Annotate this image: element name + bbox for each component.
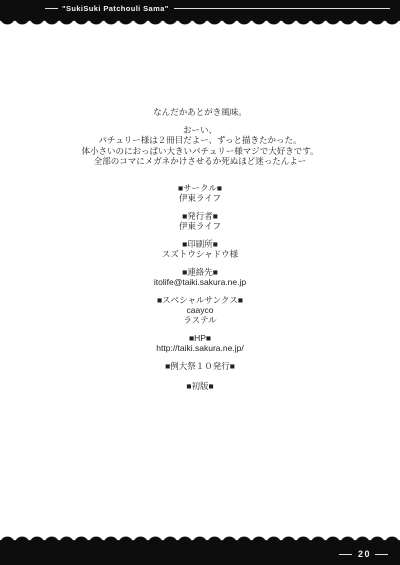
section-value: http://taiki.sakura.ne.jp/ <box>0 343 400 353</box>
section-label: ■スペシャルサンクス■ <box>0 295 400 305</box>
section-value: ラステル <box>0 315 400 325</box>
section-label: ■サークル■ <box>0 183 400 193</box>
afterword-line: パチュリー様は２冊目だよー、ずっと描きたかった。 <box>0 135 400 146</box>
afterword-line: おーい、 <box>0 125 400 136</box>
lace-border-top <box>0 17 400 32</box>
section-label: ■印刷所■ <box>0 239 400 249</box>
afterword-line: 体小さいのにおっぱい大きいパチュリー様マジで大好きです。 <box>0 146 400 157</box>
footer-bar: 20 <box>0 544 400 565</box>
page-title: "SukiSuki Patchouli Sama" <box>62 4 169 13</box>
header-bar: "SukiSuki Patchouli Sama" <box>0 0 400 17</box>
section-value: caayco <box>0 305 400 315</box>
lace-border-bottom <box>0 529 400 544</box>
afterword-text: なんだかあとがき風味。 おーい、 パチュリー様は２冊目だよー、ずっと描きたかった… <box>0 107 400 167</box>
section-value: 伊東ライフ <box>0 221 400 231</box>
doujin-colophon-page: "SukiSuki Patchouli Sama" なんだかあとがき風味。 おー… <box>0 0 400 565</box>
colophon-section-event: ■例大祭１０発行■ <box>0 361 400 371</box>
section-label: ■連絡先■ <box>0 267 400 277</box>
page-number-group: 20 <box>339 550 388 559</box>
section-label: ■発行者■ <box>0 211 400 221</box>
section-label: ■HP■ <box>0 333 400 343</box>
header-rule-right <box>174 8 390 9</box>
section-value: itolife@taiki.sakura.ne.jp <box>0 277 400 287</box>
colophon-section-circle: ■サークル■ 伊東ライフ <box>0 183 400 203</box>
afterword-line: なんだかあとがき風味。 <box>0 107 400 118</box>
colophon-section-hp: ■HP■ http://taiki.sakura.ne.jp/ <box>0 333 400 353</box>
afterword-gap <box>0 118 400 125</box>
colophon-content: なんだかあとがき風味。 おーい、 パチュリー様は２冊目だよー、ずっと描きたかった… <box>0 32 400 391</box>
section-label: ■初版■ <box>0 381 400 391</box>
page-number: 20 <box>358 550 371 559</box>
colophon-section-publisher: ■発行者■ 伊東ライフ <box>0 211 400 231</box>
section-label: ■例大祭１０発行■ <box>0 361 400 371</box>
section-value: 伊東ライフ <box>0 193 400 203</box>
colophon-section-contact: ■連絡先■ itolife@taiki.sakura.ne.jp <box>0 267 400 287</box>
colophon-section-special-thanks: ■スペシャルサンクス■ caayco ラステル <box>0 295 400 325</box>
colophon-section-edition: ■初版■ <box>0 381 400 391</box>
page-number-dash-left <box>339 554 352 555</box>
page-number-dash-right <box>375 554 388 555</box>
colophon-section-printer: ■印刷所■ スズトウシャドウ様 <box>0 239 400 259</box>
section-value: スズトウシャドウ様 <box>0 249 400 259</box>
afterword-line: 全部のコマにメガネかけさせるか死ぬほど迷ったんよー <box>0 156 400 167</box>
header-rule-left <box>45 8 58 9</box>
